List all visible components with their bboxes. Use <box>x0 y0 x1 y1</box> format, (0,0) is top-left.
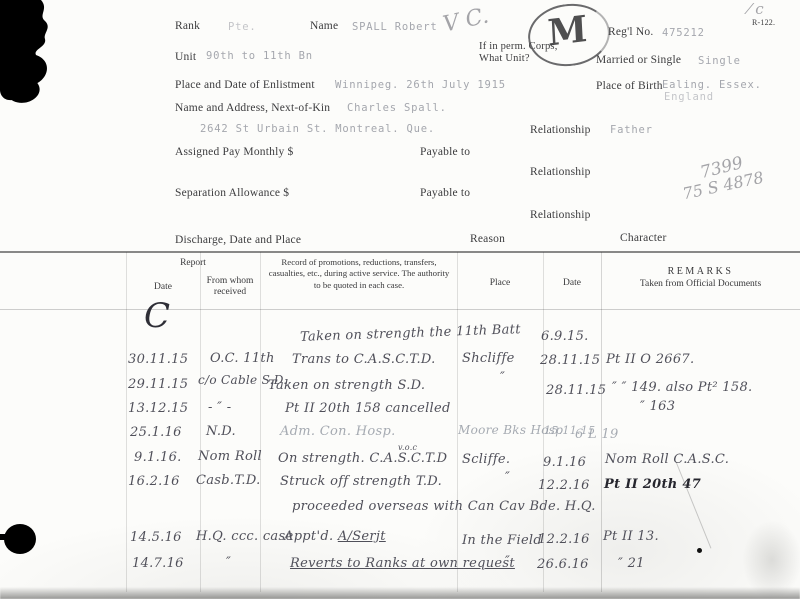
row-2-date: 29.11.15 <box>128 377 188 392</box>
relationship-1-value: Father <box>610 124 653 136</box>
form-number: R-122. <box>752 18 775 27</box>
row-2-record: Taken on strength S.D. <box>268 378 425 393</box>
row-1-report-date: 28.11.15 <box>540 353 600 368</box>
ink-blot-left-edge <box>0 518 44 562</box>
row-8-report-date: 12.2.16 <box>538 532 590 547</box>
rank-label: Rank <box>175 20 200 32</box>
row-6-place: ″ <box>505 470 510 485</box>
row-8-record-prefix: Appt'd. <box>284 529 338 544</box>
row-6-date: 16.2.16 <box>128 474 180 489</box>
next-of-kin-address: 2642 St Urbain St. Montreal. Que. <box>200 123 435 135</box>
row-2-remarks: ″ ″ 149. also Pt² 158. <box>612 380 752 395</box>
enlistment-label: Place and Date of Enlistment <box>175 79 315 91</box>
header-date: Date <box>126 282 200 292</box>
ink-dot <box>697 548 702 553</box>
row-8-record: Appt'd. A/Serjt <box>284 529 386 544</box>
married-label: Married or Single <box>596 54 681 66</box>
payable-to-1-label: Payable to <box>420 146 470 158</box>
row-9-remarks: ″ 21 <box>618 556 645 571</box>
married-value: Single <box>698 55 741 67</box>
row-6-record: Struck off strength T.D. <box>280 474 442 489</box>
perm-corps-label-2: What Unit? <box>479 53 530 64</box>
row-4-remarks: 6 L 19 <box>575 427 619 442</box>
row-7-record: proceeded overseas with Can Cav Bde. H.Q… <box>292 499 596 514</box>
perm-corps-label-1: If in perm. Corps, <box>479 41 558 52</box>
pencil-vc-annotation: V C. <box>441 3 491 37</box>
row-8-remarks: Pt II 13. <box>603 529 659 544</box>
row-5-record: On strength. C.A.S.C.T.D <box>278 451 447 466</box>
row-3-from: - ″ - <box>208 400 231 415</box>
header-place: Place <box>457 278 543 288</box>
row-8-from: H.Q. ccc. case <box>196 529 293 544</box>
next-of-kin-value: Charles Spall. <box>347 102 447 114</box>
separation-label: Separation Allowance $ <box>175 187 289 199</box>
row-2-report-date: 28.11.15 <box>546 383 606 398</box>
row-1-from: O.C. 11th <box>210 351 275 366</box>
row-5-place: Scliffe. <box>462 452 510 467</box>
row-8-place: In the Field <box>462 533 542 548</box>
pencil-check-mark: ⁄ c <box>748 0 764 18</box>
annotation-c: C <box>144 296 170 336</box>
row-8-date: 14.5.16 <box>130 530 182 545</box>
table-column-line <box>126 252 127 592</box>
row-3-record: Pt II 20th 158 cancelled <box>285 401 451 416</box>
relationship-1-label: Relationship <box>530 124 591 136</box>
name-label: Name <box>310 20 338 32</box>
unit-value: 90th to 11th Bn <box>206 50 313 62</box>
row-2-place: ″ <box>500 370 505 385</box>
service-record-page: M V C. ⁄ c R-122. Rank Pte. Name SPALL R… <box>0 0 800 599</box>
reason-label: Reason <box>470 233 505 245</box>
character-label: Character <box>620 232 667 244</box>
assigned-pay-label: Assigned Pay Monthly $ <box>175 146 293 158</box>
scan-edge-shadow <box>0 587 800 599</box>
row-5-record-note: v.o.c <box>398 443 417 452</box>
regl-no-label: Reg'l No. <box>608 26 653 38</box>
table-column-line <box>601 252 602 592</box>
table-header-rule <box>0 309 800 310</box>
row-0-report-date: 6.9.15. <box>541 329 589 344</box>
row-1-date: 30.11.15 <box>128 352 188 367</box>
row-5-remarks: Nom Roll C.A.S.C. <box>605 452 729 467</box>
pencil-crease-line <box>676 463 711 549</box>
header-report: Report <box>126 258 260 268</box>
row-5-date: 9.1.16. <box>134 450 182 465</box>
header-remarks-sub: Taken from Official Documents <box>601 279 800 289</box>
discharge-label: Discharge, Date and Place <box>175 234 301 246</box>
row-9-record: Reverts to Ranks at own request <box>290 556 515 571</box>
birth-value: Ealing. Essex. <box>662 79 762 91</box>
row-5-report-date: 9.1.16 <box>543 455 586 470</box>
row-9-date: 14.7.16 <box>132 556 184 571</box>
row-4-from: N.D. <box>206 424 236 439</box>
row-9-place: ″ <box>505 554 510 569</box>
relationship-2-label: Relationship <box>530 166 591 178</box>
unit-label: Unit <box>175 51 196 63</box>
ink-blot-top-left <box>0 0 110 110</box>
birth-value-2: England <box>664 91 714 103</box>
regl-no-value: 475212 <box>662 27 705 39</box>
row-4-date: 25.1.16 <box>130 425 182 440</box>
row-1-remarks: Pt II O 2667. <box>606 352 694 367</box>
row-9-report-date: 26.6.16 <box>537 557 589 572</box>
row-1-place: Shcliffe <box>462 351 515 366</box>
row-6-from: Casb.T.D. <box>196 473 261 488</box>
row-1-record: Trans to C.A.S.C.T.D. <box>292 352 436 367</box>
rank-value: Pte. <box>228 21 257 33</box>
relationship-3-label: Relationship <box>530 209 591 221</box>
row-3-date: 13.12.15 <box>128 401 188 416</box>
row-6-report-date: 12.2.16 <box>538 478 590 493</box>
header-remarks-title: REMARKS <box>601 266 800 277</box>
table-top-rule <box>0 251 800 253</box>
header-record: Record of promotions, reductions, transf… <box>266 257 452 291</box>
birth-label: Place of Birth <box>596 80 663 92</box>
header-from-whom: From whom received <box>198 276 262 299</box>
row-4-record: Adm. Con. Hosp. <box>280 424 396 439</box>
row-5-from: Nom Roll <box>198 449 262 464</box>
row-9-from: ″ <box>226 555 231 570</box>
row-8-record-underlined: A/Serjt <box>338 529 386 544</box>
table-column-line <box>457 252 458 592</box>
next-of-kin-label: Name and Address, Next-of-Kin <box>175 102 330 114</box>
name-value: SPALL Robert <box>352 21 437 33</box>
enlistment-value: Winnipeg. 26th July 1915 <box>335 79 506 91</box>
row-3-remarks: ″ 163 <box>640 399 675 414</box>
row-0-record: Taken on strength the 11th Batt <box>300 322 521 345</box>
header-date-2: Date <box>543 278 601 288</box>
payable-to-2-label: Payable to <box>420 187 470 199</box>
